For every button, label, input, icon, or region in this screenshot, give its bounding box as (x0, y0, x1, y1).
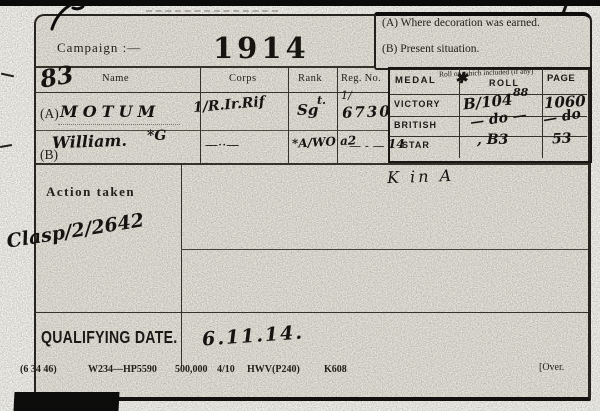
medal-col-header: MEDAL (395, 75, 436, 86)
header-regno: Reg. No. (341, 73, 381, 84)
header-corps: Corps (229, 73, 257, 84)
victory-roll-superscript: 88 (513, 86, 528, 99)
scan-corner-blob (14, 392, 120, 411)
rule-middle-right (181, 249, 588, 250)
corner-box-line-a: (A) Where decoration was earned. (382, 17, 540, 29)
rule-below-campaign (36, 66, 374, 68)
forename-value: William. (52, 131, 127, 153)
regno-prefix: 1/ (341, 89, 352, 102)
print-code-2: W234—HP5590 (88, 364, 157, 375)
divider-corps-rank (288, 67, 289, 163)
row-a-label: (A) (40, 106, 59, 122)
rule-between-rows (36, 130, 388, 131)
star-page-value: 53 (552, 131, 572, 148)
campaign-label: Campaign :— (57, 40, 141, 56)
action-taken-label: Action taken (46, 184, 135, 200)
qualifying-date-label: QUALIFYING DATE. (41, 329, 177, 348)
print-code-4: 4/10 (217, 364, 235, 375)
margin-tick-lower (0, 144, 12, 148)
divider-rank-regno (337, 67, 338, 163)
margin-tick-upper (1, 73, 14, 78)
rule-below-name-table (36, 163, 588, 165)
corps-ditto-dash: —··— (205, 138, 239, 153)
star-roll-value: , B3 (477, 132, 508, 148)
medal-row-star: STAR (402, 140, 430, 150)
over-label: [Over. (539, 362, 564, 373)
pen-flourish (46, 0, 100, 32)
rank-value: Sg (297, 101, 318, 119)
header-rank: Rank (298, 73, 322, 84)
print-code-3: 500,000 (175, 364, 208, 375)
rule-above-qualifying (36, 312, 588, 313)
print-code-1: (6 34 46) (20, 364, 57, 375)
print-code-6: K608 (324, 364, 347, 375)
regno-ditto-dash: — ‐ — (349, 139, 385, 153)
surname-value: MOTUM (60, 102, 160, 121)
roll-asterisk-mark: ✱ (455, 69, 468, 87)
name-dotted-rule (58, 124, 180, 125)
forename-note: *G (147, 128, 166, 144)
header-name: Name (102, 73, 129, 84)
rule-below-name-headers (36, 92, 388, 93)
page-col-header: PAGE (547, 73, 575, 84)
corner-box-line-b: (B) Present situation. (382, 43, 479, 55)
margin-scribble: 83 (38, 59, 76, 93)
regno-value: 6730 (342, 102, 392, 122)
divider-action-column (181, 164, 182, 368)
rank-value-superscript: t. (317, 94, 326, 107)
campaign-year: 1914 (213, 31, 310, 65)
faint-dash-marks (146, 10, 278, 12)
medal-row-victory: VICTORY (394, 99, 441, 109)
killed-in-action-note: K in A (387, 166, 455, 187)
medal-row-british: BRITISH (394, 120, 437, 130)
medal-index-card-scan: Campaign :— 1914 (A) Where decoration wa… (0, 0, 600, 411)
print-code-5: HWV(P240) (247, 364, 300, 375)
